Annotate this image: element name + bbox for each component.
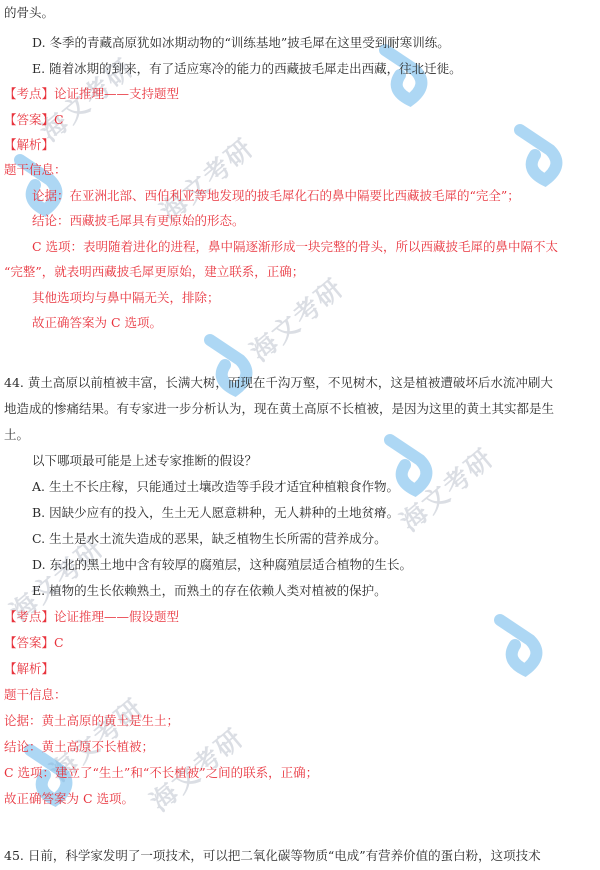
q44-stem-info: 题干信息： [4,685,67,705]
watermark-text: 海文考研 [241,268,351,368]
q43-stem-info: 题干信息： [4,160,67,180]
q43-option-c-analysis: C 选项：表明随着进化的进程，鼻中隔逐渐形成一块完整的骨头，所以西藏披毛犀的鼻中… [32,237,558,257]
q44-kaodian: 【考点】论证推理——假设题型 [4,607,179,627]
q43-analysis-heading: 【解析】 [4,135,54,155]
q44-analysis-heading: 【解析】 [4,659,54,679]
document-page: 海文考研 海文考研 海文考研 海文考研 海文考研 海文考研 海文考研 的骨头。 … [0,0,600,870]
q44-option-e: E. 植物的生长依赖熟土，而熟土的存在依赖人类对植被的保护。 [32,581,387,601]
q43-kaodian: 【考点】论证推理——支持题型 [4,84,179,104]
q45-stem-line1: 45. 日前，科学家发明了一项技术，可以把二氧化碳等物质“电成”有营养价值的蛋白… [4,846,541,866]
q43-stem-continuation: 的骨头。 [4,3,54,23]
q44-stem-line3: 土。 [4,425,29,445]
q44-option-c: C. 生土是水土流失造成的恶果，缺乏植物生长所需的营养成分。 [32,529,387,549]
q44-conclusion: 结论：黄土高原不长植被； [4,737,154,757]
q44-option-d: D. 东北的黑土地中含有较厚的腐殖层，这种腐殖层适合植物的生长。 [32,555,412,575]
q44-premise: 论据：黄土高原的黄土是生土； [4,711,179,731]
q43-answer: 【答案】C [4,110,64,130]
watermark-logo-icon [490,610,560,683]
q44-question: 以下哪项最可能是上述专家推断的假设？ [32,451,257,471]
q44-stem-line1: 44. 黄土高原以前植被丰富，长满大树，而现在千沟万壑，不见树木，这是植被遭破坏… [4,373,553,393]
q43-others: 其他选项均与鼻中隔无关，排除； [32,288,220,308]
watermark-text: 海文考研 [391,438,501,538]
q44-option-a: A. 生土不长庄稼，只能通过土壤改造等手段才适宜种植粮食作物。 [32,477,399,497]
q44-answer: 【答案】C [4,633,64,653]
q43-premise: 论据：在亚洲北部、西伯利亚等地发现的披毛犀化石的鼻中隔要比西藏披毛犀的“完全”； [32,186,520,206]
q44-option-c-analysis: C 选项：建立了“生土”和“不长植被”之间的联系，正确； [4,763,318,783]
q44-stem-line2: 地造成的惨痛结果。有专家进一步分析认为，现在黄土高原不长植被，是因为这里的黄土其… [4,399,554,419]
q43-option-e: E. 随着冰期的到来，有了适应寒冷的能力的西藏披毛犀走出西藏，往北迁徙。 [32,59,462,79]
q43-option-d: D. 冬季的青藏高原犹如冰期动物的“训练基地”披毛犀在这里受到耐寒训练。 [32,33,450,53]
q44-option-b: B. 因缺少应有的投入，生土无人愿意耕种，无人耕种的土地贫瘠。 [32,503,399,523]
watermark-logo-icon [510,120,580,193]
q43-conclusion: 结论：西藏披毛犀具有更原始的形态。 [32,211,245,231]
q43-option-c-analysis-cont: “完整”，就表明西藏披毛犀更原始，建立联系，正确； [4,262,304,282]
q43-final-answer: 故正确答案为 C 选项。 [32,313,162,333]
q44-final-answer: 故正确答案为 C 选项。 [4,789,134,809]
